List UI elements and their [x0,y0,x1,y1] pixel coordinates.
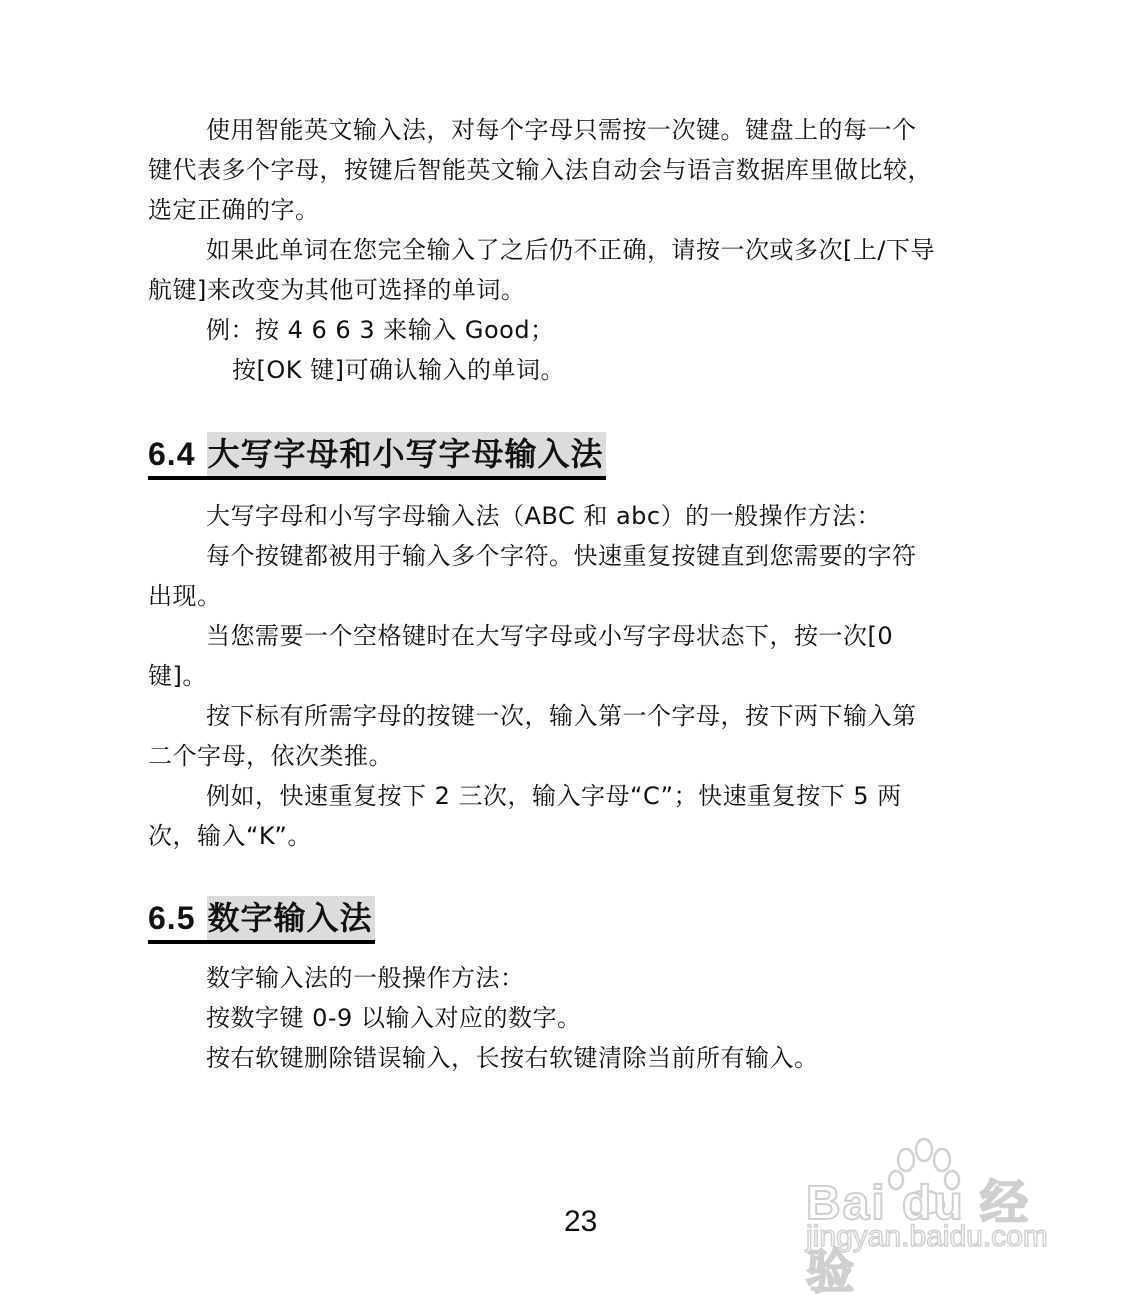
section-number: 6.4 [148,432,207,476]
page-number: 23 [564,1204,597,1240]
text-line: 选定正确的字。 [148,194,320,226]
text-line: 键代表多个字母，按键后智能英文输入法自动会与语言数据库里做比较， [148,154,932,186]
text-line: 大写字母和小写字母输入法（ABC 和 abc）的一般操作方法： [206,500,881,532]
text-line: 次，输入“K”。 [148,820,312,852]
text-line: 如果此单词在您完全输入了之后仍不正确，请按一次或多次[上/下导 [206,234,935,266]
text-line: 按数字键 0-9 以输入对应的数字。 [206,1002,581,1034]
section-heading-6-4: 6.4大写字母和小写字母输入法 [148,432,606,480]
document-page: 使用智能英文输入法，对每个字母只需按一次键。键盘上的每一个 键代表多个字母，按键… [0,0,1134,1304]
section-number: 6.5 [148,896,207,940]
text-line: 按[OK 键]可确认输入的单词。 [232,354,565,386]
text-line: 数字输入法的一般操作方法： [206,962,525,994]
text-line: 使用智能英文输入法，对每个字母只需按一次键。键盘上的每一个 [206,114,917,146]
watermark-url: jingyan.baidu.com [806,1220,1048,1254]
section-heading-6-5: 6.5数字输入法 [148,896,375,944]
text-line: 出现。 [148,580,222,612]
text-line: 二个字母，依次类推。 [148,740,393,772]
text-line: 例：按 4 6 6 3 来输入 Good； [206,314,555,346]
text-line: 例如，快速重复按下 2 三次，输入字母“C”；快速重复按下 5 两 [206,780,902,812]
text-line: 键]。 [148,660,207,692]
text-line: 航键]来改变为其他可选择的单词。 [148,274,525,306]
section-title: 大写字母和小写字母输入法 [207,436,603,472]
text-line: 每个按键都被用于输入多个字符。快速重复按键直到您需要的字符 [206,540,917,572]
section-title: 数字输入法 [207,900,372,936]
text-line: 按右软键删除错误输入，长按右软键清除当前所有输入。 [206,1042,819,1074]
baidu-jingyan-watermark: Bai du 经验 jingyan.baidu.com [806,1140,1066,1260]
text-line: 当您需要一个空格键时在大写字母或小写字母状态下，按一次[0 [206,620,893,652]
text-line: 按下标有所需字母的按键一次，输入第一个字母，按下两下输入第 [206,700,917,732]
